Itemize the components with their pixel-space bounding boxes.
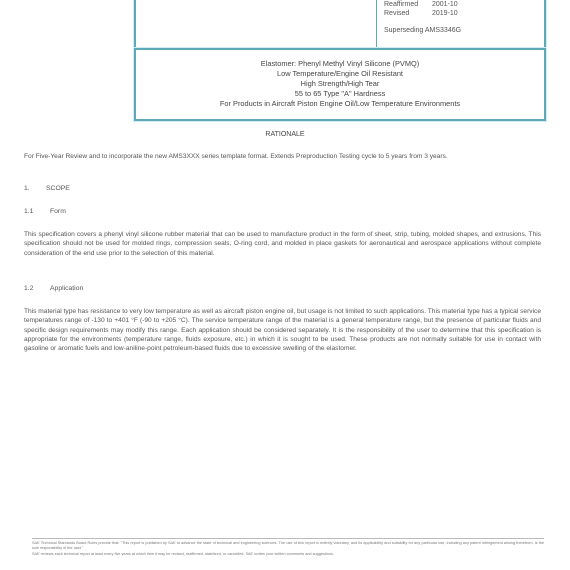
section-application-heading: 1.2 Application xyxy=(24,285,83,292)
section-title: Form xyxy=(50,208,66,215)
rationale-heading: RATIONALE xyxy=(0,131,570,138)
title-line: Low Temperature/Engine Oil Resistant xyxy=(136,69,544,79)
revised-date: 2019-10 xyxy=(432,9,458,18)
section-title: Application xyxy=(50,285,83,292)
document-header-box: Reaffirmed 2001-10 Revised 2019-10 Super… xyxy=(134,0,546,49)
section-form-heading: 1.1 Form xyxy=(24,208,66,215)
reaffirmed-row: Reaffirmed 2001-10 xyxy=(384,0,461,9)
section-title: SCOPE xyxy=(46,185,70,192)
rationale-text: For Five-Year Review and to incorporate … xyxy=(24,152,541,161)
revised-row: Revised 2019-10 xyxy=(384,9,461,18)
section-application-text: This material type has resistance to ver… xyxy=(24,307,541,353)
title-block: Elastomer: Phenyl Methyl Vinyl Silicone … xyxy=(134,48,546,121)
footer-divider xyxy=(32,538,544,539)
section-number: 1.1 xyxy=(24,208,50,215)
section-form-text: This specification covers a phenyl vinyl… xyxy=(24,230,541,258)
revision-metadata: Reaffirmed 2001-10 Revised 2019-10 Super… xyxy=(384,0,461,35)
section-number: 1. xyxy=(24,185,46,192)
reaffirmed-date: 2001-10 xyxy=(432,0,458,9)
header-divider xyxy=(376,0,377,47)
footer-review-notice: SAE reviews each technical report at lea… xyxy=(32,552,544,557)
title-line: For Products in Aircraft Piston Engine O… xyxy=(136,99,544,109)
section-number: 1.2 xyxy=(24,285,50,292)
superseding-note: Superseding AMS3346G xyxy=(384,26,461,35)
reaffirmed-label: Reaffirmed xyxy=(384,0,432,9)
title-line: Elastomer: Phenyl Methyl Vinyl Silicone … xyxy=(136,59,544,69)
title-line: 55 to 65 Type "A" Hardness xyxy=(136,89,544,99)
title-line: High Strength/High Tear xyxy=(136,79,544,89)
footer-notice: SAE Technical Standards Board Rules prov… xyxy=(32,541,544,551)
revised-label: Revised xyxy=(384,9,432,18)
section-scope-heading: 1. SCOPE xyxy=(24,185,70,192)
